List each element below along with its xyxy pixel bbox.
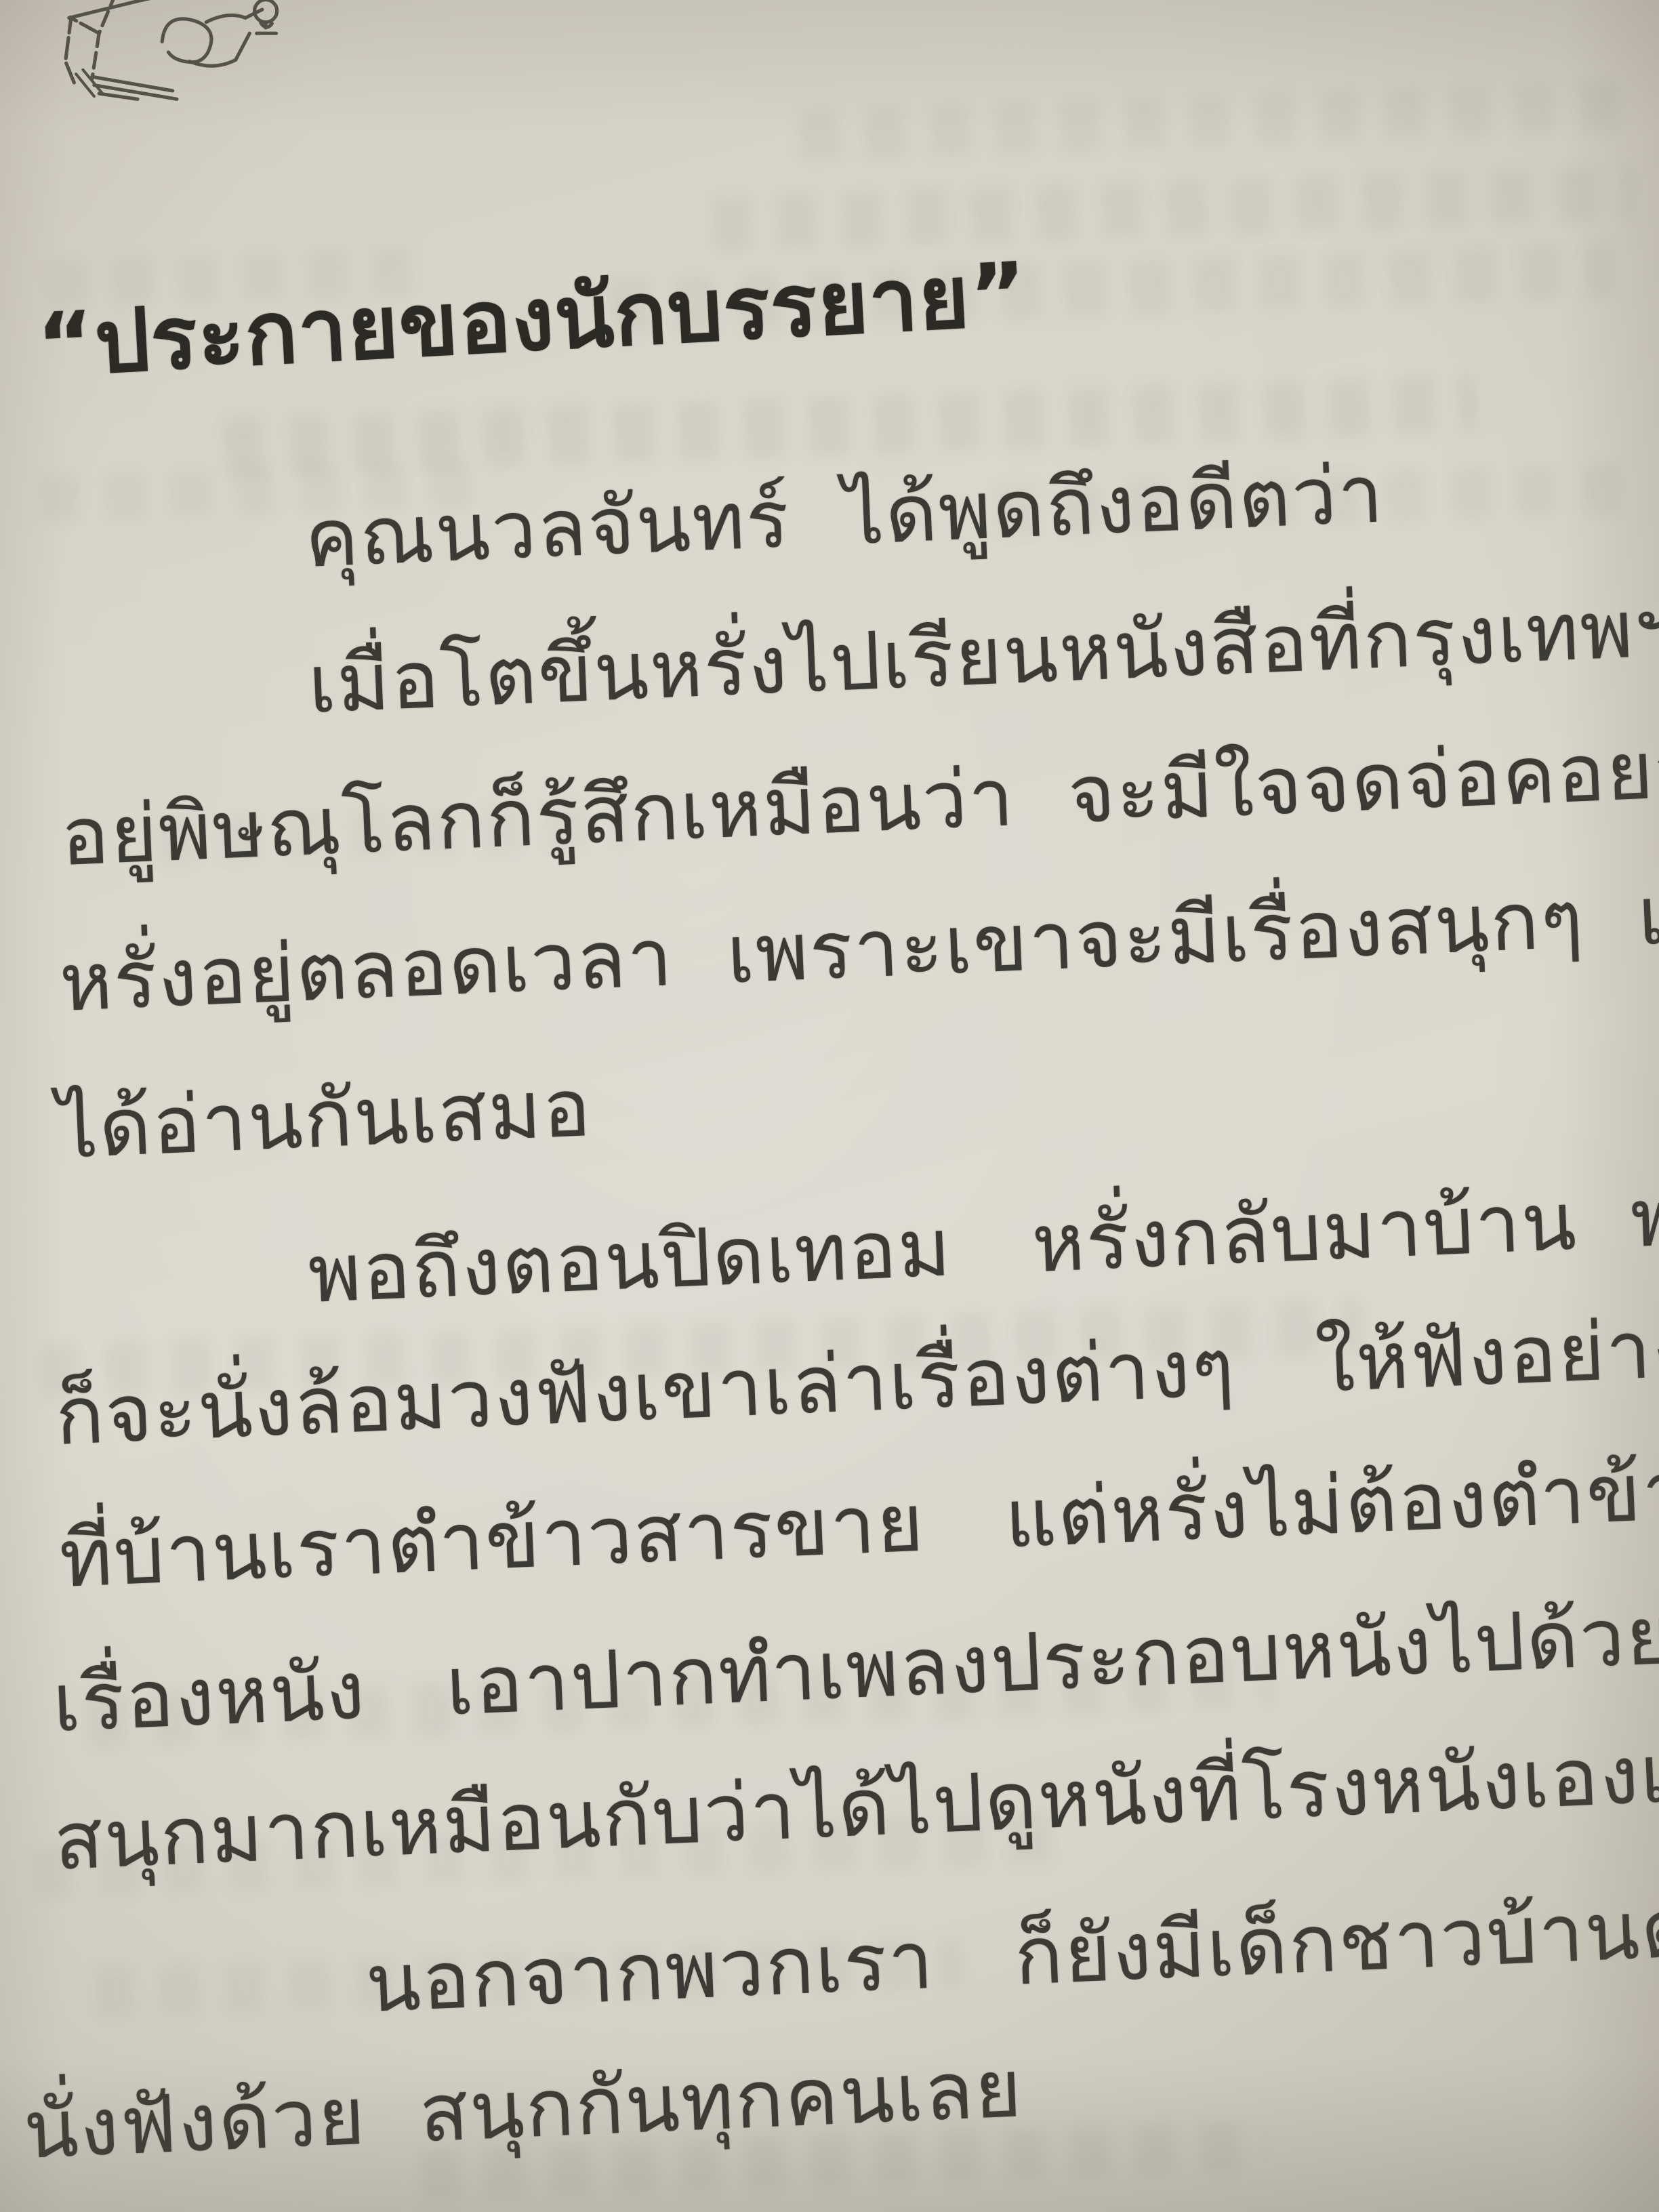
text-line: นั่งฟังด้วย สนุกกันทุกคนเลย <box>21 2024 1025 2193</box>
text-line: ได้อ่านกันเสมอ <box>55 1043 594 1193</box>
page-title: “ประกายของนักบรรยาย” <box>34 225 1031 414</box>
text-line: คุณนวลจันทร์ ได้พูดถึงอดีตว่า <box>302 429 1387 602</box>
book-page-photo: “ประกายของนักบรรยาย” คุณนวลจันทร์ ได้พูด… <box>0 0 1659 2212</box>
page-content: “ประกายของนักบรรยาย” คุณนวลจันทร์ ได้พูด… <box>0 0 1659 2212</box>
